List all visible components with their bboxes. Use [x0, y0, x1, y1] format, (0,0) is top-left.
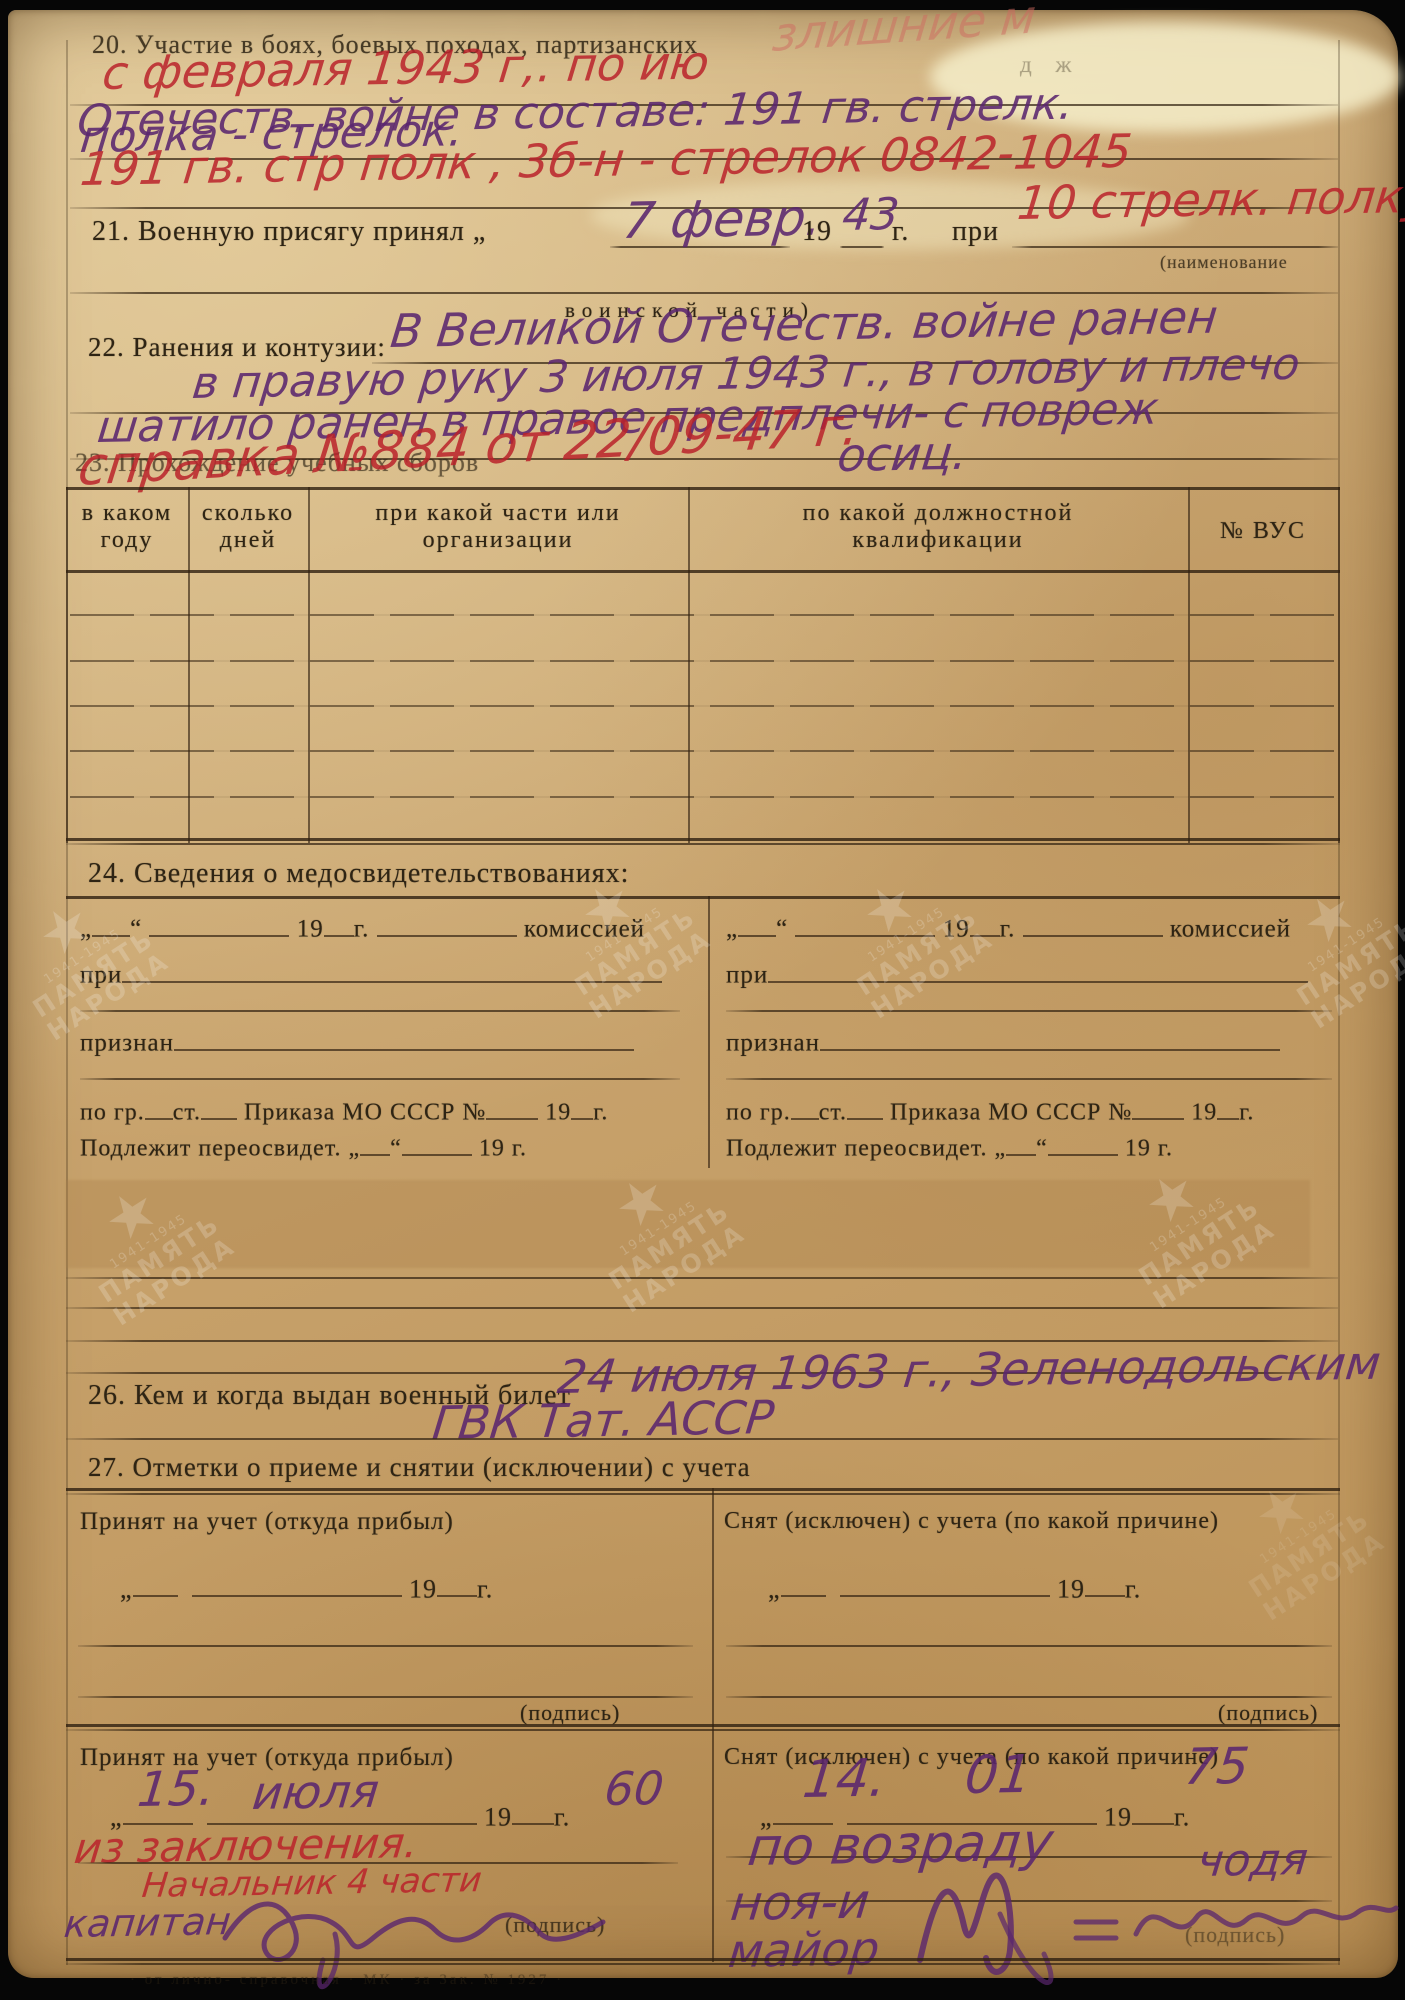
st-label: ст. [819, 1100, 847, 1126]
signature-label: (подпись) [1218, 1700, 1318, 1726]
right-margin-line [1338, 40, 1340, 1965]
col-header-line: сколько [188, 500, 308, 527]
blank-underline [324, 912, 354, 937]
hw-accepted-year: 60 [602, 1761, 666, 1816]
med-date-row-left: „“ 19г. комиссией [80, 912, 645, 944]
year-19: 19 [297, 916, 324, 943]
table-top-border [66, 487, 1340, 490]
scanned-military-document: злишние м 20. Участие в боях, боевых пох… [0, 0, 1405, 2000]
hw-oath-unit: 10 стрелк. полку [1015, 169, 1405, 230]
ruled-line [66, 1307, 1338, 1309]
blank-underline [486, 1096, 538, 1120]
year-19: 19 [1125, 1136, 1151, 1162]
st-label: ст. [173, 1100, 201, 1126]
year-19: 19 [1057, 1574, 1085, 1603]
blank-underline [377, 912, 517, 937]
register-top-border [66, 1488, 1340, 1491]
blank-underline [1132, 1800, 1174, 1825]
med-order-row-left: по гр.ст. Приказа МО СССР № 19г. [80, 1096, 608, 1127]
col-header-line: по какой должностной [688, 500, 1188, 527]
commission-label: комиссией [1170, 916, 1291, 943]
ruled-line [726, 1010, 1332, 1012]
table-bottom-border [66, 838, 1340, 841]
item21-number: 21. [92, 216, 130, 247]
register-row-divider [66, 1724, 1340, 1727]
table-header-border [66, 570, 1340, 573]
blank-underline [1048, 1132, 1118, 1156]
table-row-line [70, 705, 1334, 707]
g-label: г. [354, 916, 370, 943]
hint-naimenovanie: (наименование [1160, 252, 1288, 273]
item27-heading: 27. Отметки о приеме и снятии (исключени… [88, 1452, 751, 1483]
blank-underline [437, 1572, 477, 1597]
footer-fine-print: · от лично- справочная · МК · за Зак. № … [130, 1972, 564, 1989]
col-header-qualification: по какой должностной квалификации [688, 500, 1188, 554]
year-19: 19 [409, 1574, 437, 1603]
blank-underline [847, 1096, 883, 1120]
open-quote: „ [995, 1136, 1007, 1162]
hw-oath-date: 7 февр. [620, 189, 825, 250]
blank-underline [360, 1132, 390, 1156]
open-quote: „ [473, 216, 486, 247]
po-gr-label: по гр. [726, 1100, 791, 1126]
close-quote: “ [776, 916, 788, 943]
blank-underline [512, 1800, 554, 1825]
col-header-line: году [66, 527, 188, 554]
register-bottom-border [66, 1958, 1340, 1961]
hw-spravka-end: осиц. [835, 426, 970, 482]
blank-underline [768, 958, 1308, 983]
po-gr-label: по гр. [80, 1100, 145, 1126]
open-quote: „ [80, 916, 92, 943]
blank-underline [970, 912, 1000, 937]
item21-heading: 21. Военную присягу принял „ [92, 216, 486, 248]
year-19: 19 [943, 916, 970, 943]
med-pri-row-right: при [726, 958, 1308, 990]
ruled-line [726, 1078, 1332, 1080]
scan-band-artifact [66, 1180, 1310, 1268]
g-label: г. [1239, 1100, 1254, 1126]
register-top-border2 [66, 1493, 1340, 1495]
blank-underline [781, 1572, 826, 1597]
med-priznan-row-right: признан [726, 1026, 1280, 1058]
med-pri-row-left: при [80, 958, 662, 990]
blank-underline [1217, 1096, 1239, 1120]
med-date-row-right: „“ 19г. комиссией [726, 912, 1291, 944]
col-header-line: квалификации [688, 527, 1188, 554]
open-quote: „ [726, 916, 738, 943]
signature-label: (подпись) [520, 1700, 620, 1726]
hw-removed-month: 01 [962, 1745, 1035, 1806]
register-row-divider2 [66, 1729, 1340, 1731]
col-header-year: в каком году [66, 500, 188, 554]
g-label: г. [477, 1574, 493, 1603]
section-border [66, 896, 1340, 899]
year-19: 19 [1104, 1802, 1132, 1831]
blank-underline [122, 958, 662, 983]
blank-underline [145, 1096, 173, 1120]
year-19: 19 [545, 1100, 571, 1126]
g-label: г. [554, 1802, 570, 1831]
col-header-line: дней [188, 527, 308, 554]
ruled-line [726, 1696, 1332, 1698]
g-label: г. [1125, 1574, 1141, 1603]
open-quote: „ [120, 1574, 133, 1603]
hw-accepted-month: июля [250, 1764, 382, 1820]
table-row-line [70, 750, 1334, 752]
blank-underline [571, 1096, 593, 1120]
medical-column-divider [708, 896, 710, 1168]
podlezhit-label: Подлежит переосвидет. [80, 1136, 342, 1162]
med-priznan-row-left: признан [80, 1026, 634, 1058]
removed-header-1: Снят (исключен) с учета (по какой причин… [724, 1508, 1219, 1535]
hw-rank-right: майор [726, 1921, 882, 1978]
hw-issue-line2: ГВК Тат. АССР [430, 1390, 777, 1450]
close-quote: “ [1036, 1136, 1048, 1162]
blank-underline [795, 912, 935, 937]
table-bottom-border2 [66, 843, 1340, 845]
col-header-vus: № ВУС [1188, 518, 1338, 545]
item22-number: 22. [88, 332, 125, 362]
priznan-label: признан [726, 1030, 820, 1057]
item21-label: Военную присягу принял [138, 216, 465, 247]
item24-label: Сведения о медосвидетельствованиях: [134, 858, 629, 889]
item24-number: 24. [88, 858, 126, 889]
close-quote: “ [390, 1136, 402, 1162]
year-19: 19 [484, 1802, 512, 1831]
hw-removed-day: 14. [800, 1749, 889, 1810]
pri-label: при [952, 216, 999, 248]
blank-underline [133, 1572, 178, 1597]
med-reexam-row-left: Подлежит переосвидет. „“ 19 г. [80, 1132, 527, 1163]
blank-underline [192, 1572, 402, 1597]
register-bottom-border2 [66, 1963, 1340, 1965]
blank-underline [149, 912, 289, 937]
blank-underline [1006, 1132, 1036, 1156]
blank-underline [1132, 1096, 1184, 1120]
close-quote: “ [130, 916, 142, 943]
item27-number: 27. [88, 1452, 125, 1482]
signature-scribble [880, 1850, 1400, 1990]
prikaz-label: Приказа МО СССР № [244, 1100, 486, 1126]
col-header-line: в каком [66, 500, 188, 527]
year-suffix: г. [892, 216, 909, 248]
hw-accepted-day: 15. [135, 1761, 217, 1818]
blank-underline [1085, 1572, 1125, 1597]
col-header-line: организации [308, 527, 688, 554]
pri-label: при [726, 962, 768, 989]
year-prefix: 19 [802, 216, 832, 248]
prikaz-label: Приказа МО СССР № [890, 1100, 1132, 1126]
item26-number: 26. [88, 1380, 126, 1411]
blank-underline [402, 1132, 472, 1156]
blank-underline [840, 246, 884, 248]
g-label: г. [1000, 916, 1016, 943]
open-quote: „ [349, 1136, 361, 1162]
accepted-date-1: „ 19г. [120, 1572, 493, 1604]
item24-heading: 24. Сведения о медосвидетельствованиях: [88, 858, 629, 890]
accepted-header-1: Принят на учет (откуда прибыл) [80, 1508, 454, 1536]
med-reexam-row-right: Подлежит переосвидет. „“ 19 г. [726, 1132, 1173, 1163]
table-row-line [70, 614, 1334, 616]
table-column-line [1338, 487, 1340, 843]
table-row-line [70, 796, 1334, 798]
commission-label: комиссией [524, 916, 645, 943]
year-19: 19 [1191, 1100, 1217, 1126]
blank-underline [92, 912, 130, 937]
hw-removed-year: 75 [1182, 1737, 1252, 1796]
blank-underline [820, 1026, 1280, 1051]
ruled-line [726, 1645, 1332, 1647]
removed-date-1: „ 19г. [768, 1572, 1141, 1604]
col-header-days: сколько дней [188, 500, 308, 554]
hw-rank-left: капитан [62, 1899, 233, 1946]
podlezhit-label: Подлежит переосвидет. [726, 1136, 988, 1162]
g-label: г. [512, 1136, 527, 1162]
g-label: г. [1174, 1802, 1190, 1831]
item27-label: Отметки о приеме и снятии (исключении) с… [133, 1452, 751, 1482]
blank-underline [1023, 912, 1163, 937]
col-header-unit: при какой части или организации [308, 500, 688, 554]
blank-underline [738, 912, 776, 937]
ruled-line [66, 1277, 1338, 1279]
year-19: 19 [479, 1136, 505, 1162]
ruled-line [80, 1010, 680, 1012]
med-order-row-right: по гр.ст. Приказа МО СССР № 19г. [726, 1096, 1254, 1127]
pri-label: при [80, 962, 122, 989]
faint-print-fragment: д ж [1020, 52, 1080, 78]
table-row-line [70, 660, 1334, 662]
blank-underline [791, 1096, 819, 1120]
open-quote: „ [768, 1574, 781, 1603]
ruled-line [66, 1438, 1338, 1440]
blank-underline [174, 1026, 634, 1051]
g-label: г. [593, 1100, 608, 1126]
ruled-line [80, 1078, 680, 1080]
col-header-line: при какой части или [308, 500, 688, 527]
blank-underline [201, 1096, 237, 1120]
ruled-line [78, 1645, 693, 1647]
g-label: г. [1158, 1136, 1173, 1162]
blank-underline [1012, 246, 1338, 248]
left-margin-line [66, 40, 68, 1965]
blank-underline [840, 1572, 1050, 1597]
priznan-label: признан [80, 1030, 174, 1057]
ruled-line [78, 1696, 693, 1698]
